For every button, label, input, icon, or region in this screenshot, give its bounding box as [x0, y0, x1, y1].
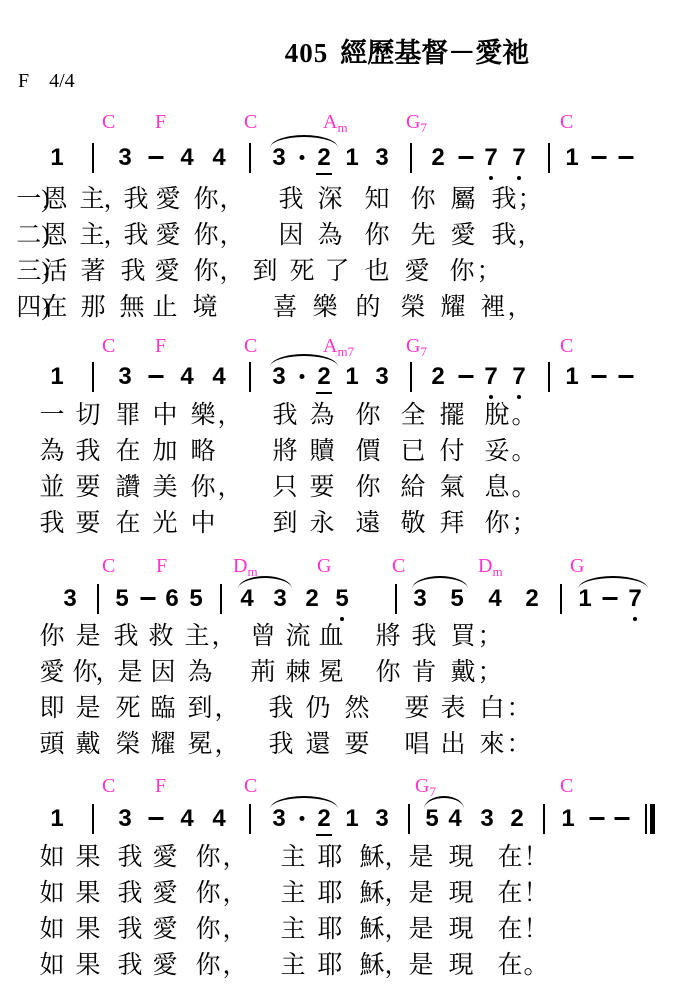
note-dash: [619, 156, 634, 159]
lyric-syllable: 臨: [150, 696, 175, 721]
lyric-syllable: 只: [272, 475, 297, 500]
lyric-syllable: 那: [80, 295, 105, 320]
chord-symbol: Dm: [478, 556, 503, 578]
lyric-syllable: 救: [148, 624, 173, 649]
lyric-syllable: ，: [384, 845, 409, 870]
lyric-syllable: 耶: [317, 881, 342, 906]
lyric-syllable: 並: [39, 475, 64, 500]
lyric-syllable: 裡: [480, 295, 505, 320]
lyric-syllable: 你: [355, 475, 380, 500]
chord-symbol: C: [244, 112, 257, 132]
note-barline: [249, 362, 251, 392]
lyric-syllable: 中: [190, 511, 215, 536]
lyric-syllable: ，: [507, 295, 532, 320]
lyric-syllable: 知: [364, 187, 389, 212]
note-low-octave-dot: [340, 617, 344, 621]
lyric-syllable: 穌: [359, 881, 384, 906]
lyric-syllable: 止: [152, 295, 177, 320]
lyric-syllable: 。: [511, 475, 536, 500]
lyric-syllable: 愛: [154, 259, 179, 284]
chord-symbol: C: [102, 776, 115, 796]
lyric-syllable: 愛: [155, 187, 180, 212]
lyric-syllable: 樂: [312, 295, 337, 320]
note-underline: [316, 173, 332, 175]
lyric-syllable: 妥: [484, 439, 509, 464]
lyric-syllable: ，: [211, 624, 236, 649]
lyric-syllable: ，: [517, 223, 542, 248]
lyric-syllable: 我: [120, 259, 145, 284]
note-barline: [97, 584, 99, 614]
lyric-syllable: 在: [115, 511, 140, 536]
note-augmentation-dot: [300, 374, 305, 379]
lyric-syllable: 死: [115, 696, 140, 721]
lyric-syllable: 因: [150, 660, 175, 685]
lyric-syllable: 流: [285, 624, 310, 649]
note-digit: 2: [317, 146, 330, 170]
lyric-syllable: 現: [448, 953, 473, 978]
lyric-syllable: 榮: [400, 295, 425, 320]
lyric-syllable: 主: [280, 845, 305, 870]
lyric-syllable: 出: [440, 732, 465, 757]
lyric-syllable: 是: [117, 660, 142, 685]
lyric-syllable: 為: [39, 439, 64, 464]
note-dash: [149, 375, 164, 378]
lyric-syllable: 氣: [439, 475, 464, 500]
note-barline: [249, 143, 251, 173]
lyric-syllable: 在: [497, 953, 522, 978]
lyric-syllable: 是: [408, 917, 433, 942]
chord-symbol: C: [560, 776, 573, 796]
lyric-syllable: 。: [523, 953, 548, 978]
time-signature: 4/4: [49, 70, 75, 92]
note-augmentation-dot: [300, 155, 305, 160]
lyric-syllable: 拜: [439, 511, 464, 536]
lyric-syllable: 在: [115, 439, 140, 464]
note-digit: 5: [335, 587, 348, 611]
lyric-syllable: 我: [113, 624, 138, 649]
note-digit: 3: [118, 365, 131, 389]
lyric-syllable: 愛: [450, 223, 475, 248]
lyric-syllable: 在: [42, 295, 67, 320]
chord-symbol: C: [244, 336, 257, 356]
lyric-syllable: 到: [252, 259, 277, 284]
lyric-syllable: 要: [75, 475, 100, 500]
note-barline: [92, 804, 94, 834]
note-digit: 1: [50, 146, 63, 170]
note-barline: [548, 143, 550, 173]
lyric-syllable: ，: [217, 403, 242, 428]
lyric-syllable: 我: [123, 223, 148, 248]
note-digit: 1: [345, 365, 358, 389]
lyric-syllable: 屬: [450, 187, 475, 212]
lyric-syllable: 冕: [187, 732, 212, 757]
lyric-syllable: 穌: [359, 953, 384, 978]
lyric-syllable: 愛: [155, 223, 180, 248]
chord-symbol: F: [156, 556, 167, 576]
lyric-syllable: 我: [117, 881, 142, 906]
note-digit: 5: [189, 587, 202, 611]
note-dash: [459, 375, 474, 378]
note-digit: 3: [375, 807, 388, 831]
lyric-syllable: 著: [80, 259, 105, 284]
note-digit: 7: [484, 365, 497, 389]
note-digit: 2: [317, 365, 330, 389]
lyric-syllable: 如: [39, 953, 64, 978]
lyric-syllable: 息: [484, 475, 509, 500]
lyric-syllable: 罪: [115, 403, 140, 428]
lyric-syllable: 肯: [411, 660, 436, 685]
lyric-syllable: 要: [404, 696, 429, 721]
note-digit: 3: [272, 146, 285, 170]
lyric-syllable: 擺: [439, 403, 464, 428]
note-digit: 4: [448, 807, 461, 831]
note-slur: [578, 576, 648, 589]
lyric-syllable: ，: [384, 953, 409, 978]
note-dash: [603, 597, 618, 600]
lyric-syllable: 戴: [450, 660, 475, 685]
lyric-syllable: 光: [152, 511, 177, 536]
final-barline: [645, 804, 647, 834]
note-barline: [543, 804, 545, 834]
lyric-syllable: 穌: [359, 845, 384, 870]
lyric-syllable: 給: [400, 475, 425, 500]
lyric-syllable: 的: [355, 295, 380, 320]
lyric-syllable: 永: [309, 511, 334, 536]
lyric-syllable: 你: [39, 624, 64, 649]
lyric-syllable: ，: [384, 917, 409, 942]
lyric-syllable: 如: [39, 881, 64, 906]
lyric-syllable: 穌: [359, 917, 384, 942]
note-digit: 1: [345, 807, 358, 831]
lyric-syllable: ！: [523, 845, 548, 870]
lyric-syllable: 將: [375, 624, 400, 649]
lyric-syllable: 主: [280, 953, 305, 978]
note-digit: 1: [565, 146, 578, 170]
lyric-syllable: 美: [152, 475, 177, 500]
page-title: 405經歷基督－愛祂: [285, 31, 530, 70]
note-digit: 4: [180, 807, 193, 831]
lyric-syllable: 我: [491, 187, 516, 212]
lyric-syllable: 讚: [115, 475, 140, 500]
note-dash: [615, 817, 630, 820]
chord-symbol: G7: [415, 776, 436, 798]
lyric-syllable: 如: [39, 845, 64, 870]
chord-symbol: G: [317, 556, 331, 576]
note-barline: [410, 362, 412, 392]
lyric-syllable: 為: [187, 660, 212, 685]
lyric-syllable: 是: [408, 881, 433, 906]
lyric-syllable: 果: [75, 953, 100, 978]
lyric-syllable: 為: [309, 403, 334, 428]
note-barline: [408, 804, 410, 834]
note-dash: [590, 817, 605, 820]
lyric-syllable: 買: [450, 624, 475, 649]
lyric-syllable: 你: [195, 881, 220, 906]
lyric-syllable: 你: [190, 475, 215, 500]
note-digit: 7: [484, 146, 497, 170]
note-digit: 1: [561, 807, 574, 831]
lyric-syllable: 曾: [250, 624, 275, 649]
lyric-syllable: 是: [75, 696, 100, 721]
lyric-syllable: 境: [192, 295, 217, 320]
lyric-syllable: ；: [477, 624, 502, 649]
lyric-syllable: 我: [117, 845, 142, 870]
lyric-syllable: 荊: [250, 660, 275, 685]
note-digit: 2: [431, 146, 444, 170]
note-barline: [410, 143, 412, 173]
note-barline: [92, 143, 94, 173]
lyric-syllable: 恩: [42, 187, 67, 212]
lyric-syllable: 將: [272, 439, 297, 464]
note-digit: 2: [305, 587, 318, 611]
lyric-syllable: 你: [410, 187, 435, 212]
lyric-syllable: 我: [411, 624, 436, 649]
lyric-syllable: 我: [117, 953, 142, 978]
lyric-syllable: 你: [375, 660, 400, 685]
lyric-syllable: 要: [309, 475, 334, 500]
lyric-syllable: 果: [75, 917, 100, 942]
lyric-syllable: 耶: [317, 953, 342, 978]
lyric-syllable: ，: [384, 881, 409, 906]
lyric-syllable: 。: [511, 439, 536, 464]
lyric-syllable: ；: [477, 660, 502, 685]
lyric-syllable: 愛: [39, 660, 64, 685]
note-digit: 4: [240, 587, 253, 611]
chord-symbol: F: [155, 336, 166, 356]
note-digit: 2: [510, 807, 523, 831]
note-digit: 3: [480, 807, 493, 831]
lyric-syllable: ，: [222, 845, 247, 870]
note-barline: [548, 362, 550, 392]
lyric-syllable: 我: [272, 403, 297, 428]
lyric-syllable: 加: [152, 439, 177, 464]
lyric-syllable: 我: [123, 187, 148, 212]
lyric-syllable: 如: [39, 917, 64, 942]
note-digit: 4: [212, 365, 225, 389]
chord-symbol: C: [102, 112, 115, 132]
lyric-syllable: 愛: [404, 259, 429, 284]
lyric-syllable: 要: [344, 732, 369, 757]
lyric-syllable: 耶: [317, 917, 342, 942]
lyric-syllable: 。: [511, 403, 536, 428]
lyric-syllable: 耀: [440, 295, 465, 320]
note-digit: 3: [118, 807, 131, 831]
lyric-syllable: 果: [75, 845, 100, 870]
note-digit: 4: [180, 365, 193, 389]
lyric-syllable: ，: [219, 223, 244, 248]
lyric-syllable: 中: [152, 403, 177, 428]
lyric-syllable: 無: [119, 295, 144, 320]
note-digit: 1: [565, 365, 578, 389]
lyric-syllable: 在: [497, 845, 522, 870]
note-digit: 2: [525, 587, 538, 611]
lyric-syllable: 表: [440, 696, 465, 721]
lyric-syllable: 遠: [355, 511, 380, 536]
chord-symbol: F: [155, 776, 166, 796]
note-digit: 5: [425, 807, 438, 831]
lyric-syllable: 耀: [150, 732, 175, 757]
lyric-syllable: ；: [511, 511, 536, 536]
chord-symbol: C: [102, 336, 115, 356]
lyric-syllable: 樂: [190, 403, 215, 428]
lyric-syllable: 白: [479, 696, 504, 721]
lyric-syllable: 喜: [272, 295, 297, 320]
lyric-syllable: 我: [117, 917, 142, 942]
chord-symbol: G: [570, 556, 584, 576]
note-digit: 4: [212, 807, 225, 831]
lyric-syllable: ，: [222, 881, 247, 906]
lyric-syllable: ，: [214, 732, 239, 757]
chord-symbol: G7: [406, 336, 427, 358]
lyric-syllable: 即: [39, 696, 64, 721]
lyric-syllable: 全: [400, 403, 425, 428]
lyric-syllable: 你: [449, 259, 474, 284]
note-digit: 4: [180, 146, 193, 170]
chord-symbol: C: [244, 776, 257, 796]
lyric-syllable: 到: [272, 511, 297, 536]
note-barline: [560, 584, 562, 614]
note-digit: 7: [512, 365, 525, 389]
note-low-octave-dot: [489, 176, 493, 180]
note-low-octave-dot: [517, 395, 521, 399]
note-digit: 2: [431, 365, 444, 389]
note-digit: 5: [450, 587, 463, 611]
lyric-syllable: 耶: [317, 845, 342, 870]
lyric-syllable: 你: [355, 403, 380, 428]
lyric-syllable: 我: [268, 696, 293, 721]
chord-symbol: C: [560, 112, 573, 132]
note-digit: 4: [488, 587, 501, 611]
lyric-syllable: 你: [193, 259, 218, 284]
lyric-syllable: 然: [344, 696, 369, 721]
lyric-syllable: 主: [280, 881, 305, 906]
hymn-number: 405: [285, 38, 329, 68]
lyric-syllable: 你: [195, 845, 220, 870]
lyric-syllable: 深: [317, 187, 342, 212]
note-digit: 7: [512, 146, 525, 170]
lyric-syllable: 在: [497, 881, 522, 906]
lyric-syllable: 切: [75, 403, 100, 428]
lyric-syllable: 一: [39, 403, 64, 428]
lyric-syllable: 你: [195, 953, 220, 978]
note-digit: 3: [273, 587, 286, 611]
lyric-syllable: 冕: [318, 660, 343, 685]
chord-symbol: C: [560, 336, 573, 356]
note-low-octave-dot: [489, 395, 493, 399]
lyric-syllable: ，: [222, 917, 247, 942]
note-digit: 2: [317, 807, 330, 831]
note-digit: 5: [115, 587, 128, 611]
note-digit: 1: [578, 587, 591, 611]
note-slur: [412, 576, 468, 589]
note-digit: 7: [628, 587, 641, 611]
lyric-syllable: 要: [75, 511, 100, 536]
lyric-syllable: 主: [79, 223, 104, 248]
lyric-syllable: 因: [278, 223, 303, 248]
lyric-syllable: ，: [222, 953, 247, 978]
chord-symbol: G7: [406, 112, 427, 134]
lyric-syllable: ；: [517, 187, 542, 212]
note-digit: 3: [63, 587, 76, 611]
lyric-syllable: 我: [278, 187, 303, 212]
lyric-syllable: 到: [187, 696, 212, 721]
lyric-syllable: 略: [190, 439, 215, 464]
note-digit: 3: [413, 587, 426, 611]
note-digit: 6: [165, 587, 178, 611]
note-digit: 3: [272, 807, 285, 831]
lyric-syllable: 來: [479, 732, 504, 757]
lyric-syllable: 你: [195, 917, 220, 942]
lyric-syllable: 是: [408, 845, 433, 870]
lyric-syllable: 敬: [400, 511, 425, 536]
lyric-syllable: 你: [72, 660, 97, 685]
lyric-syllable: 你: [484, 511, 509, 536]
note-dash: [592, 156, 607, 159]
lyric-syllable: 戴: [75, 732, 100, 757]
lyric-syllable: 榮: [115, 732, 140, 757]
lyric-syllable: 是: [75, 624, 100, 649]
note-slur: [270, 135, 338, 148]
lyric-syllable: ！: [523, 881, 548, 906]
lyric-syllable: 你: [364, 223, 389, 248]
note-augmentation-dot: [300, 816, 305, 821]
lyric-syllable: 唱: [404, 732, 429, 757]
lyric-syllable: 已: [400, 439, 425, 464]
note-dash: [592, 375, 607, 378]
note-barline: [249, 804, 251, 834]
note-digit: 3: [375, 146, 388, 170]
note-dash: [619, 375, 634, 378]
note-dash: [141, 597, 156, 600]
lyric-syllable: 贖: [309, 439, 334, 464]
hymn-sheet: 405經歷基督－愛祂 F4/4 CFCAmG7C134432132771一)恩主…: [0, 0, 681, 1008]
lyric-syllable: 價: [355, 439, 380, 464]
key-signature: F4/4: [18, 70, 75, 93]
note-digit: 1: [345, 146, 358, 170]
lyric-syllable: 我: [491, 223, 516, 248]
note-dash: [149, 156, 164, 159]
chord-symbol: F: [155, 112, 166, 132]
note-barline: [395, 584, 397, 614]
lyric-syllable: 愛: [152, 845, 177, 870]
lyric-syllable: 我: [75, 439, 100, 464]
lyric-syllable: 現: [448, 845, 473, 870]
chord-symbol: Am7: [323, 336, 354, 358]
final-barline-thick: [650, 804, 655, 834]
lyric-syllable: 是: [408, 953, 433, 978]
lyric-syllable: ：: [506, 696, 531, 721]
note-dash: [149, 817, 164, 820]
lyric-syllable: ，: [219, 259, 244, 284]
lyric-syllable: 主: [280, 917, 305, 942]
lyric-syllable: ：: [506, 732, 531, 757]
note-digit: 4: [212, 146, 225, 170]
lyric-syllable: 先: [410, 223, 435, 248]
note-barline: [92, 362, 94, 392]
lyric-syllable: 恩: [42, 223, 67, 248]
lyric-syllable: 活: [42, 259, 67, 284]
note-low-octave-dot: [517, 176, 521, 180]
lyric-syllable: ；: [476, 259, 501, 284]
lyric-syllable: ！: [523, 917, 548, 942]
lyric-syllable: 現: [448, 881, 473, 906]
lyric-syllable: 愛: [152, 917, 177, 942]
lyric-syllable: 愛: [152, 953, 177, 978]
lyric-syllable: 我: [268, 732, 293, 757]
note-digit: 3: [375, 365, 388, 389]
note-dash: [459, 156, 474, 159]
lyric-syllable: 還: [305, 732, 330, 757]
